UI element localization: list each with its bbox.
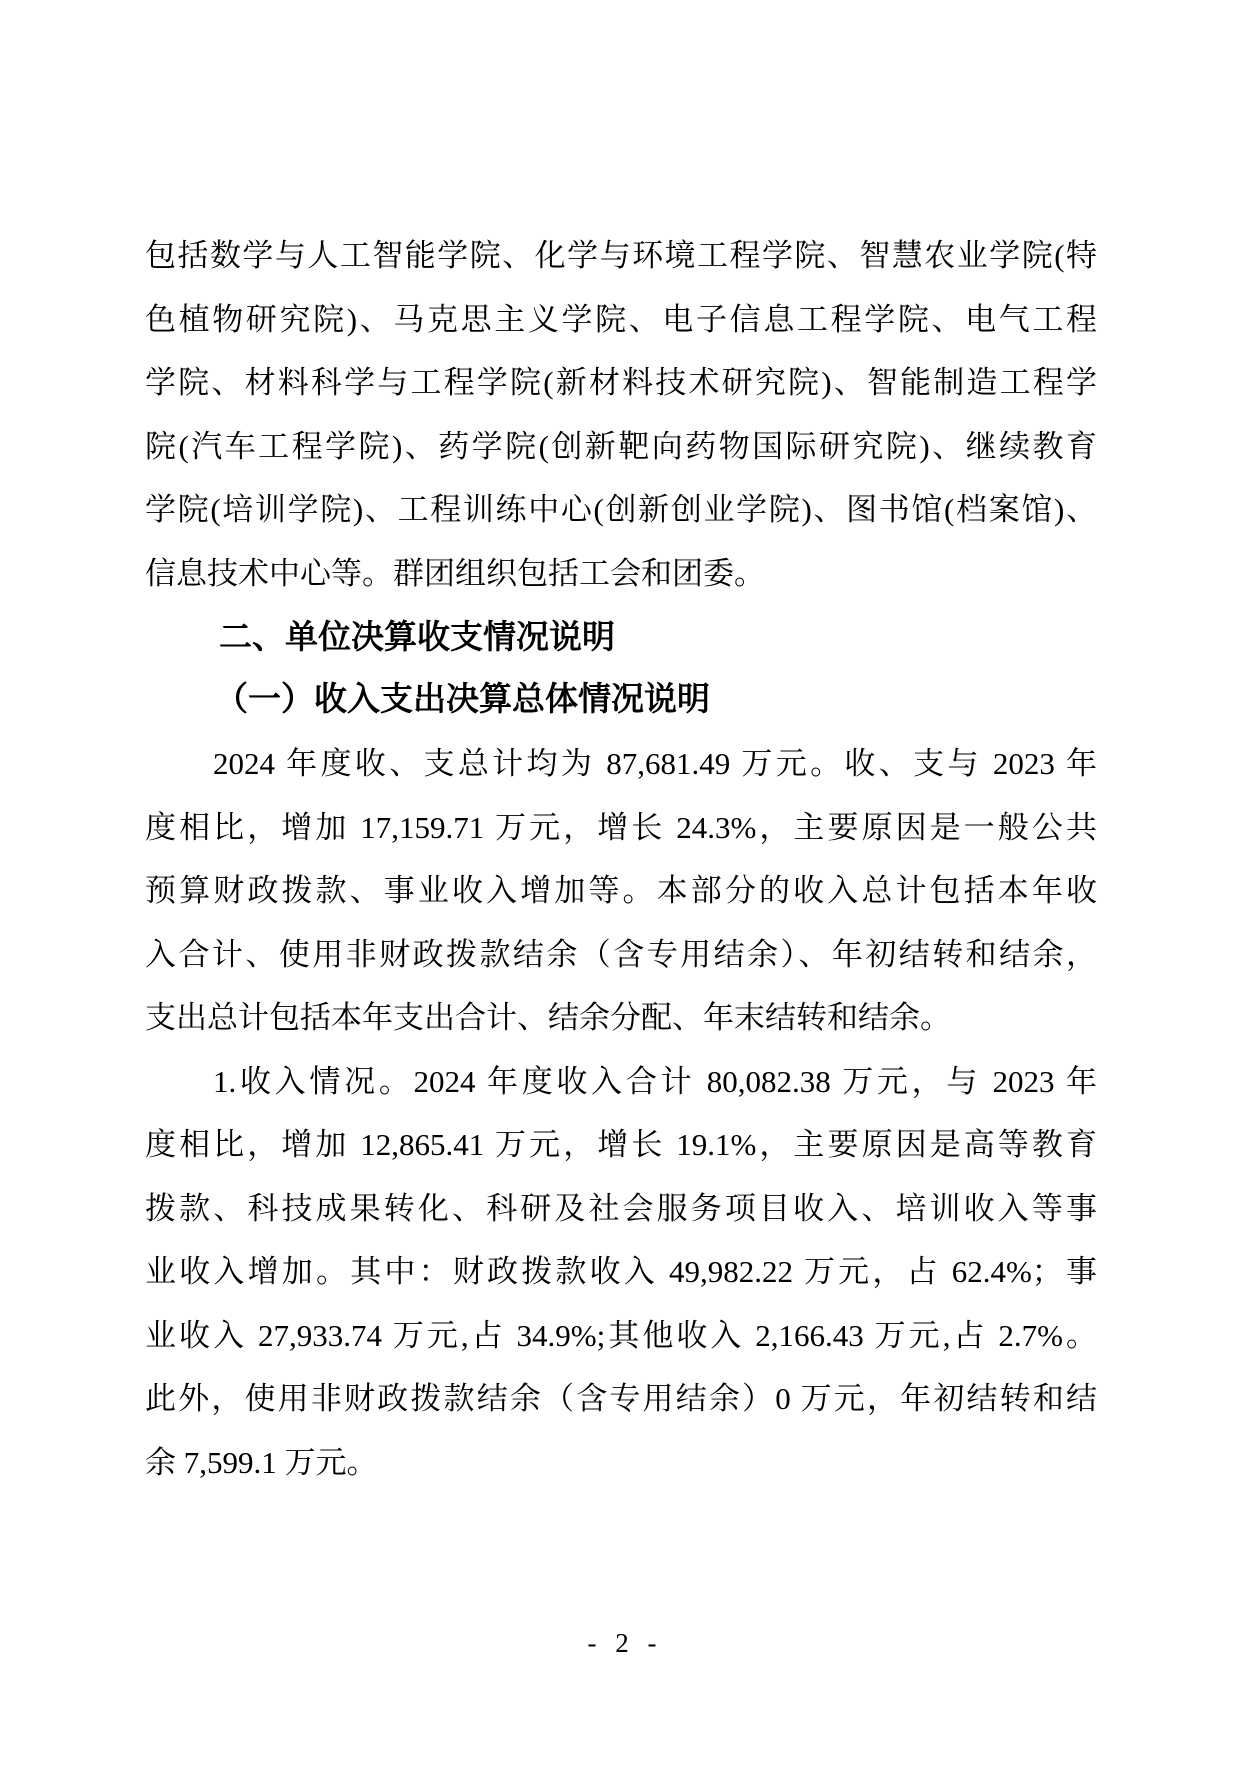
paragraph-line: 支出总计包括本年支出合计、结余分配、年末结转和结余。: [145, 986, 1097, 1050]
text-block: 包括数学与人工智能学院、化学与环境工程学院、智慧农业学院(特 色植物研究院)、马…: [145, 224, 1097, 1494]
paragraph-line: 1.收入情况。2024 年度收入合计 80,082.38 万元，与 2023 年: [145, 1050, 1097, 1114]
paragraph-line: 业收入增加。其中：财政拨款收入 49,982.22 万元，占 62.4%；事: [145, 1240, 1097, 1304]
paragraph-line: 学院、材料科学与工程学院(新材料技术研究院)、智能制造工程学: [145, 351, 1097, 415]
paragraph-line: 余 7,599.1 万元。: [145, 1431, 1097, 1495]
paragraph-line: 此外，使用非财政拨款结余（含专用结余）0 万元，年初结转和结: [145, 1367, 1097, 1431]
paragraph-line: 色植物研究院)、马克思主义学院、电子信息工程学院、电气工程: [145, 288, 1097, 352]
paragraph-line: 业收入 27,933.74 万元,占 34.9%;其他收入 2,166.43 万…: [145, 1304, 1097, 1368]
paragraph-line: 信息技术中心等。群团组织包括工会和团委。: [145, 542, 1097, 606]
paragraph-line: 入合计、使用非财政拨款结余（含专用结余）、年初结转和结余，: [145, 923, 1097, 987]
paragraph-line: 2024 年度收、支总计均为 87,681.49 万元。收、支与 2023 年: [145, 732, 1097, 796]
paragraph-line: 院(汽车工程学院)、药学院(创新靶向药物国际研究院)、继续教育: [145, 415, 1097, 479]
page-number: - 2 -: [0, 1628, 1250, 1659]
paragraph-line: 度相比，增加 17,159.71 万元，增长 24.3%，主要原因是一般公共: [145, 796, 1097, 860]
subsection-heading: （一）收入支出决算总体情况说明: [145, 669, 1097, 733]
paragraph-line: 拨款、科技成果转化、科研及社会服务项目收入、培训收入等事: [145, 1177, 1097, 1241]
paragraph-line: 包括数学与人工智能学院、化学与环境工程学院、智慧农业学院(特: [145, 224, 1097, 288]
section-heading: 二、单位决算收支情况说明: [145, 605, 1097, 669]
paragraph-line: 度相比，增加 12,865.41 万元，增长 19.1%，主要原因是高等教育: [145, 1113, 1097, 1177]
paragraph-line: 学院(培训学院)、工程训练中心(创新创业学院)、图书馆(档案馆)、: [145, 478, 1097, 542]
document-page: 包括数学与人工智能学院、化学与环境工程学院、智慧农业学院(特 色植物研究院)、马…: [0, 0, 1250, 1778]
paragraph-line: 预算财政拨款、事业收入增加等。本部分的收入总计包括本年收: [145, 859, 1097, 923]
